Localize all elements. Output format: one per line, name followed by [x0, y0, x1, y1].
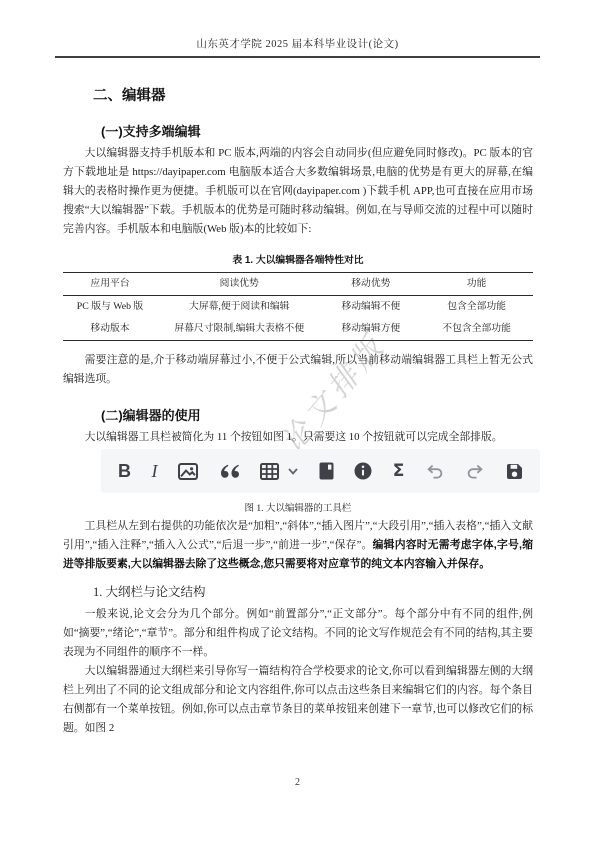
paragraph: 大以编辑器通过大纲栏来引导你写一篇结构符合学校要求的论文,你可以看到编辑器左侧的…	[63, 662, 533, 738]
subsection-heading: 1. 大纲栏与论文结构	[93, 582, 533, 600]
table-cell: 屏幕尺寸限制,编辑大表格不便	[157, 318, 322, 341]
running-header: 山东英才学院 2025 届本科毕业设计(论文)	[0, 36, 595, 51]
table-row: PC 版与 Web 版 大屏幕,便于阅读和编辑 移动编辑不便 包含全部功能	[63, 296, 533, 319]
section-heading-2: (二)编辑器的使用	[101, 405, 533, 424]
table-cell: 包含全部功能	[420, 296, 533, 319]
insert-table-dropdown	[260, 463, 298, 480]
table-header-row: 应用平台 阅读优势 移动优势 功能	[63, 273, 533, 296]
page-number: 2	[0, 777, 595, 788]
comparison-table: 应用平台 阅读优势 移动优势 功能 PC 版与 Web 版 大屏幕,便于阅读和编…	[63, 272, 533, 341]
blockquote-icon	[219, 464, 240, 479]
chevron-down-icon	[288, 468, 298, 475]
table-cell: PC 版与 Web 版	[63, 296, 157, 319]
insert-table-icon	[260, 463, 279, 480]
citation-note-icon	[319, 462, 334, 480]
table-header-cell: 移动优势	[322, 273, 421, 296]
paragraph: 大以编辑器工具栏被简化为 11 个按钮如图 1。只需要这 10 个按钮就可以完成…	[63, 428, 533, 447]
paragraph: 一般来说,论文会分为几个部分。例如“前置部分”,“正文部分”。每个部分中有不同的…	[63, 605, 533, 662]
table-header-cell: 阅读优势	[157, 273, 322, 296]
redo-icon	[465, 464, 485, 479]
save-icon	[506, 463, 523, 480]
table-cell: 移动版本	[63, 318, 157, 341]
table-header-cell: 功能	[420, 273, 533, 296]
document-page: 小论文排版 山东英才学院 2025 届本科毕业设计(论文) 二、编辑器 (一)支…	[0, 0, 595, 842]
figure-caption: 图 1. 大以编辑器的工具栏	[63, 500, 533, 514]
table-caption: 表 1. 大以编辑器各端特性对比	[63, 252, 533, 266]
bold-icon: B	[118, 462, 131, 480]
formula-sigma-icon: Σ	[393, 463, 405, 480]
footnote-info-icon	[354, 462, 372, 480]
table-cell: 移动编辑不便	[322, 296, 421, 319]
table-row: 移动版本 屏幕尺寸限制,编辑大表格不便 移动编辑方便 不包含全部功能	[63, 318, 533, 341]
header-rule	[55, 56, 540, 58]
section-heading-1: (一)支持多端编辑	[101, 121, 533, 140]
italic-icon: I	[152, 462, 158, 480]
table-cell: 大屏幕,便于阅读和编辑	[157, 296, 322, 319]
paragraph: 工具栏从左到右提供的功能依次是“加粗”,“斜体”,“插入图片”,“大段引用”,“…	[63, 517, 533, 574]
paragraph: 大以编辑器支持手机版本和 PC 版本,两端的内容会自动同步(但应避免同时修改)。…	[63, 144, 533, 239]
page-content: 二、编辑器 (一)支持多端编辑 大以编辑器支持手机版本和 PC 版本,两端的内容…	[63, 84, 533, 738]
table-header-cell: 应用平台	[63, 273, 157, 296]
editor-toolbar-figure: B I Σ	[101, 449, 540, 493]
insert-image-icon	[178, 463, 198, 480]
chapter-heading: 二、编辑器	[93, 84, 533, 105]
undo-icon	[425, 464, 445, 479]
table-cell: 移动编辑方便	[322, 318, 421, 341]
table-cell: 不包含全部功能	[420, 318, 533, 341]
paragraph: 需要注意的是,介于移动端屏幕过小,不便于公式编辑,所以当前移动端编辑器工具栏上暂…	[63, 351, 533, 389]
